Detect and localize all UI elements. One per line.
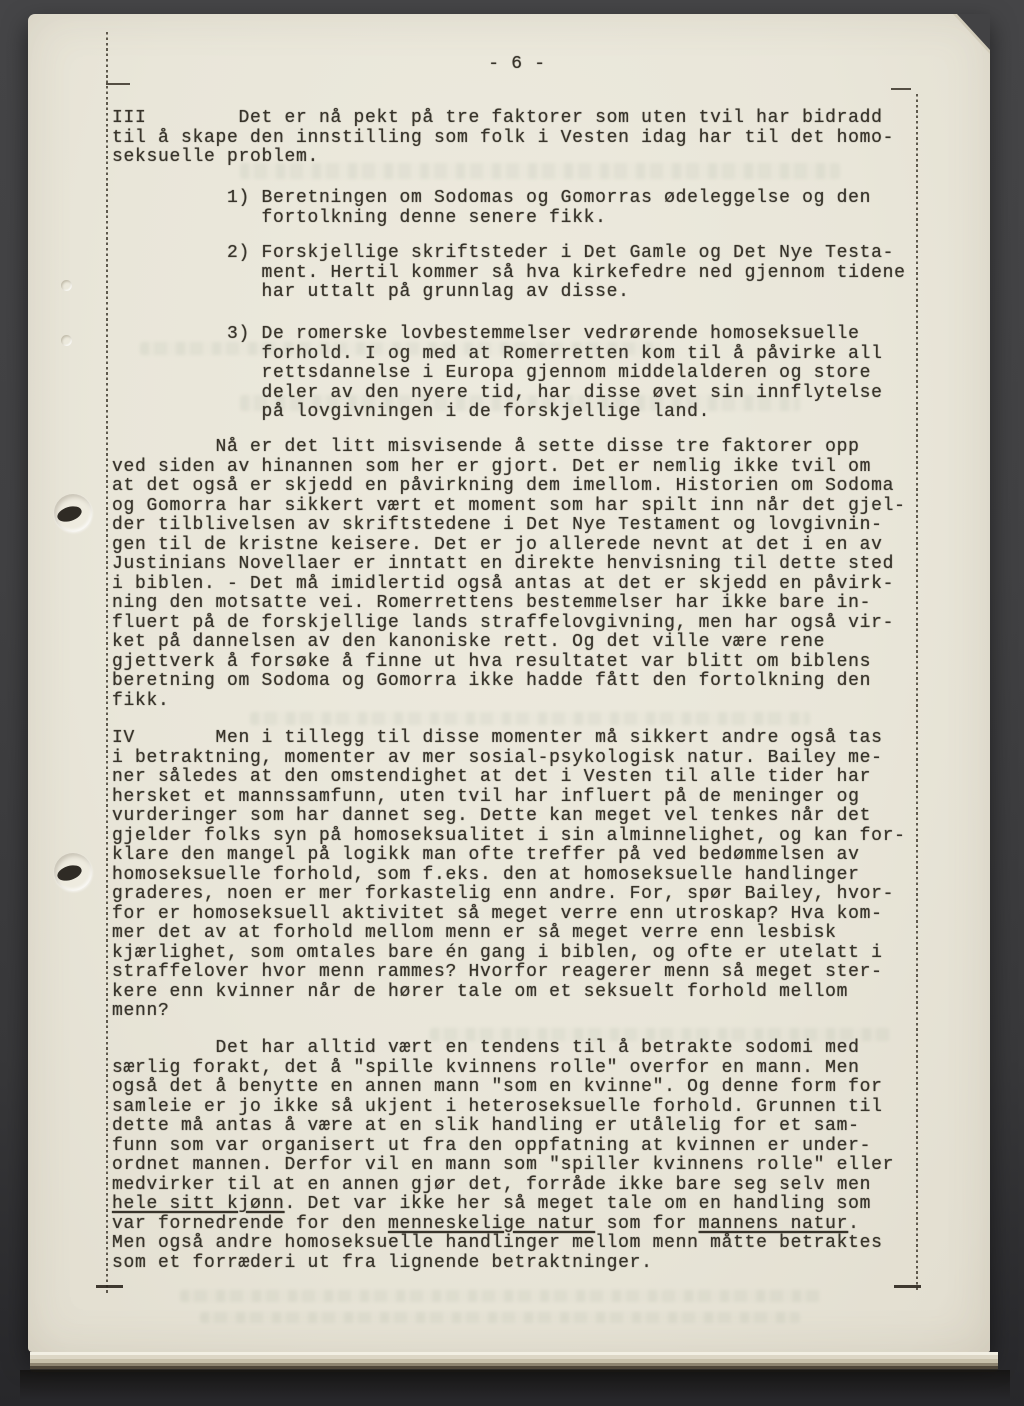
ink-bleedthrough	[180, 1290, 820, 1302]
paragraph-sodomi: Det har alltid vært en tendens til å bet…	[112, 1039, 894, 1273]
paper-shadow	[20, 1370, 1010, 1400]
left-margin-line	[106, 32, 108, 1294]
corner-mark-bottom-left	[96, 1285, 123, 1288]
photo-backdrop: - 6 - III Det er nå pekt på tre faktorer…	[0, 0, 1024, 1406]
list-item-1: 1) Beretningen om Sodomas og Gomorras ød…	[112, 189, 871, 228]
ink-bleedthrough	[200, 1312, 800, 1323]
staple-emboss-mark	[61, 335, 72, 346]
punch-hole-bottom	[54, 853, 92, 891]
list-item-2: 2) Forskjellige skriftsteder i Det Gamle…	[112, 244, 906, 303]
staple-emboss-mark	[61, 280, 72, 291]
paragraph-connecting: Nå er det litt misvisende å sette disse …	[112, 438, 906, 711]
paragraph-iii: III Det er nå pekt på tre faktorer som u…	[112, 109, 894, 168]
corner-mark-top-left	[106, 83, 130, 85]
paper-sheet: - 6 - III Det er nå pekt på tre faktorer…	[28, 14, 990, 1352]
paragraph-iv: IV Men i tillegg til disse momenter må s…	[112, 729, 906, 1022]
ink-bleedthrough	[250, 712, 810, 725]
list-item-3: 3) De romerske lovbestemmelser vedrørend…	[112, 325, 883, 423]
page-stack-edges	[30, 1352, 998, 1372]
right-margin-line	[916, 94, 918, 1290]
corner-mark-top-right	[891, 88, 911, 90]
corner-mark-bottom-right	[894, 1285, 921, 1288]
page-number: - 6 -	[112, 54, 922, 74]
punch-hole-top	[54, 494, 92, 532]
